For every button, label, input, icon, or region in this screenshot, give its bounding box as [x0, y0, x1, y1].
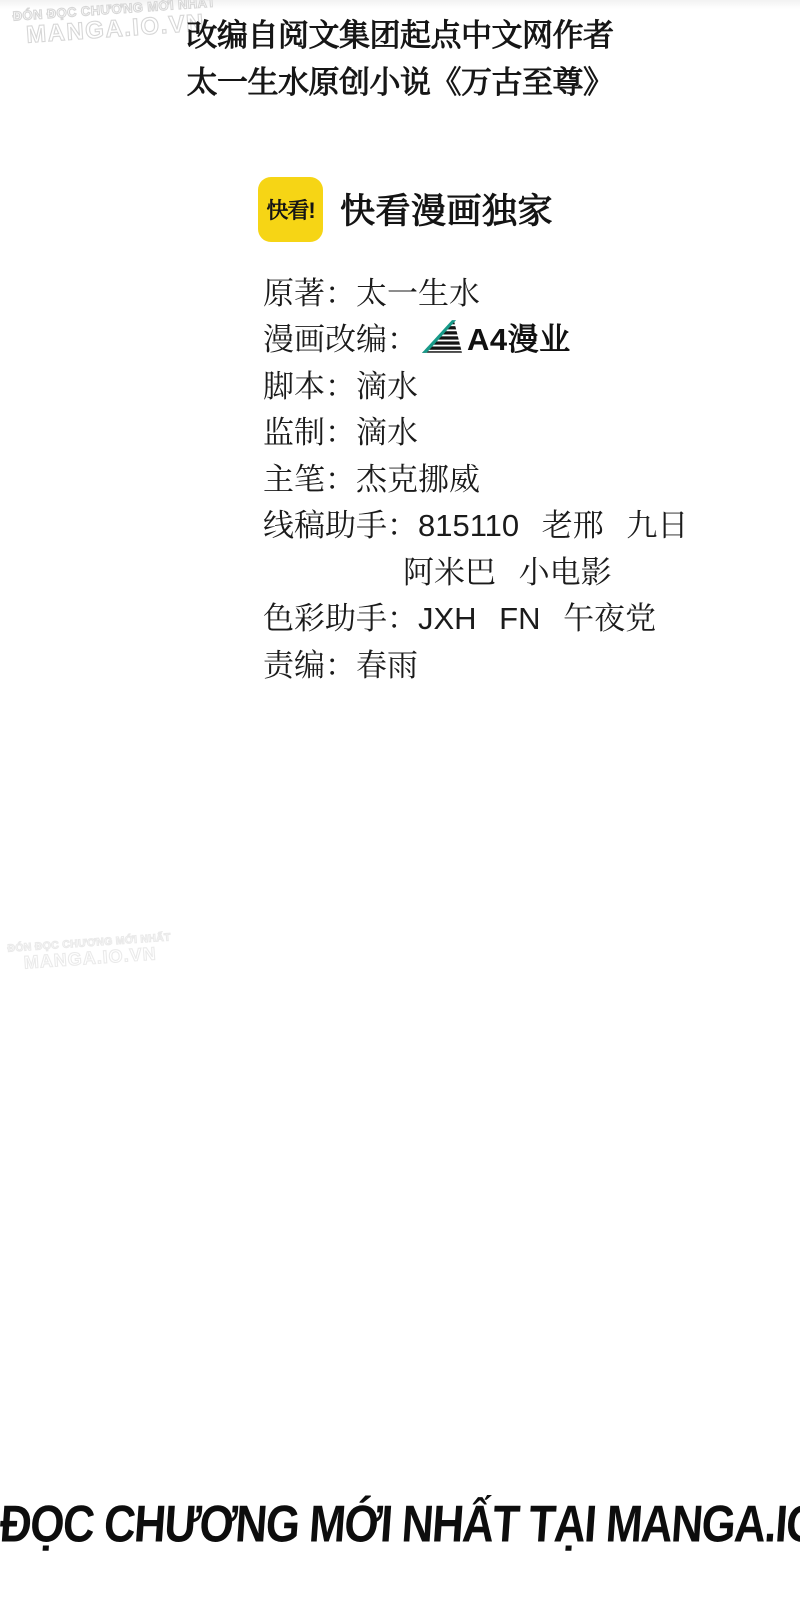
credit-row-script: 脚本： 滴水 [263, 360, 688, 407]
credit-row-color-assistants: 色彩助手： JXH FN 午夜党 [263, 593, 688, 640]
credit-label: 监制： [263, 407, 356, 452]
credit-label: 责编： [263, 640, 356, 685]
credit-label: 漫画改编： [263, 314, 418, 359]
credit-row-supervisor: 监制： 滴水 [263, 407, 688, 454]
credit-row-comic-adaptation: 漫画改编： [263, 314, 688, 361]
credit-label: 色彩助手： [263, 593, 418, 638]
credit-value: 滴水 [356, 407, 418, 452]
credit-value-studio: A4漫业 [467, 314, 571, 359]
header-attribution: 改编自阅文集团起点中文网作者 太一生水原创小说《万古至尊》 [0, 12, 800, 106]
credits-list: 原著： 太一生水 漫画改编： [263, 267, 688, 686]
header-line-2: 太一生水原创小说《万古至尊》 [0, 59, 800, 106]
credit-value: 春雨 [356, 640, 418, 685]
manga-credits-page: ĐÓN ĐỌC CHƯƠNG MỚI NHẤT MANGA.IO.VN 改编自阅… [0, 0, 800, 1623]
credit-label: 脚本： [263, 361, 356, 406]
watermark-mid-left: ĐÓN ĐỌC CHƯƠNG MỚI NHẤT MANGA.IO.VN [4, 932, 176, 975]
credit-row-original-author: 原著： 太一生水 [263, 267, 688, 314]
publisher-exclusive-label: 快看漫画独家 [340, 184, 553, 234]
credit-label: 主笔： [263, 454, 356, 499]
credit-value: 杰克挪威 [356, 454, 480, 499]
credit-value: 滴水 [356, 361, 418, 406]
header-line-1: 改编自阅文集团起点中文网作者 [0, 12, 800, 59]
credit-row-lead-artist: 主笔： 杰克挪威 [263, 453, 688, 500]
a4-studio-logo-icon [422, 320, 462, 353]
credit-row-editor: 责编： 春雨 [263, 639, 688, 686]
credit-label: 原著： [263, 268, 356, 313]
credit-value: 815110 老邢 九日 [418, 500, 688, 545]
kuaikan-logo-icon: 快看! [258, 177, 323, 242]
footer-site-banner: ĐỌC CHƯƠNG MỚI NHẤT TẠI MANGA.IO.VN [0, 1496, 800, 1555]
credit-row-lineart-assistants: 线稿助手： 815110 老邢 九日 [263, 500, 688, 547]
publisher-brand-row: 快看! 快看漫画独家 [258, 176, 553, 242]
credit-value: JXH FN 午夜党 [418, 593, 656, 638]
credit-value: 阿米巴 小电影 [403, 547, 612, 592]
credit-label: 线稿助手： [263, 500, 418, 545]
credit-row-lineart-assistants-cont: 阿米巴 小电影 [263, 546, 688, 593]
credit-value: 太一生水 [356, 268, 480, 313]
